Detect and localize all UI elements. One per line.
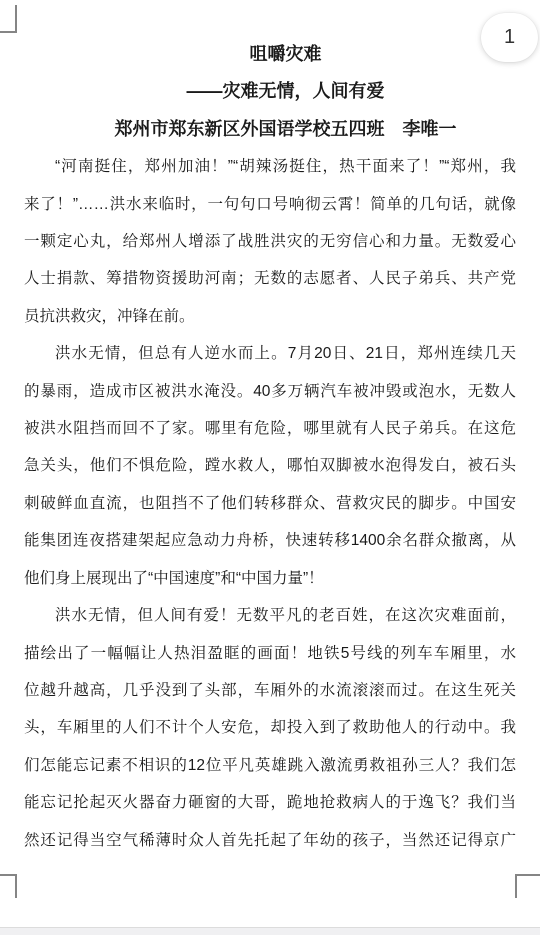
doc-line: 一颗定心丸，给郑州人增添了战胜洪灾的无穷信心和力量。无数爱心 [24,223,516,260]
doc-line: 的暴雨，造成市区被洪水淹没。40多万辆汽车被冲毁或泡水，无数人 [24,373,516,410]
doc-line: 刺破鲜血直流，也阻挡不了他们转移群众、营救灾民的脚步。中国安 [24,485,516,522]
doc-line: 洪水无情，但总有人逆水而上。7月20日、21日，郑州连续几天 [24,335,516,372]
crop-mark-bottom-right [515,874,540,898]
paragraph-2: 洪水无情，但总有人逆水而上。7月20日、21日，郑州连续几天 的暴雨，造成市区被… [24,335,516,597]
doc-line: 被洪水阻挡而回不了家。哪里有危险，哪里就有人民子弟兵。在这危 [24,410,516,447]
paragraph-3: 洪水无情，但人间有爱！无数平凡的老百姓，在这次灾难面前， 描绘出了一幅幅让人热泪… [24,597,516,859]
doc-line: 人士捐款、筹措物资援助河南；无数的志愿者、人民子弟兵、共产党 [24,260,516,297]
doc-line: 洪水无情，但人间有爱！无数平凡的老百姓，在这次灾难面前， [24,597,516,634]
doc-line: 然还记得当空气稀薄时众人首先托起了年幼的孩子，当然还记得京广 [24,822,516,859]
paragraph-1: “河南挺住，郑州加油！”“胡辣汤挺住，热干面来了！”“郑州，我 来了！”……洪水… [24,148,516,335]
doc-line: “河南挺住，郑州加油！”“胡辣汤挺住，热干面来了！”“郑州，我 [24,148,516,185]
doc-line: 员抗洪救灾，冲锋在前。 [24,298,516,335]
doc-line: 能忘记抡起灭火器奋力砸窗的大哥，跪地抢救病人的于逸飞？我们当 [24,784,516,821]
document-content: 咀嚼灾难 ——灾难无情，人间有爱 郑州市郑东新区外国语学校五四班 李唯一 “河南… [24,36,516,859]
crop-mark-bottom-left [0,874,17,898]
page-gap-band [0,927,540,935]
doc-line: 来了！”……洪水来临时，一句句口号响彻云霄！简单的几句话，就像 [24,186,516,223]
doc-subtitle: ——灾难无情，人间有爱 [24,73,516,110]
doc-line: 描绘出了一幅幅让人热泪盈眶的画面！地铁5号线的列车车厢里，水 [24,635,516,672]
doc-title: 咀嚼灾难 [24,36,516,73]
doc-line: 头，车厢里的人们不计个人安危，却投入到了救助他人的行动中。我 [24,709,516,746]
crop-mark-top-left [0,5,17,33]
doc-line: 他们身上展现出了“中国速度”和“中国力量”！ [24,560,516,597]
doc-line: 位越升越高，几乎没到了头部，车厢外的水流滚滚而过。在这生死关 [24,672,516,709]
doc-line: 急关头，他们不惧危险，蹚水救人，哪怕双脚被水泡得发白，被石头 [24,447,516,484]
document-page: 1 咀嚼灾难 ——灾难无情，人间有爱 郑州市郑东新区外国语学校五四班 李唯一 “… [0,0,540,935]
doc-line: 们怎能忘记素不相识的12位平凡英雄跳入激流勇救祖孙三人？我们怎 [24,747,516,784]
doc-byline: 郑州市郑东新区外国语学校五四班 李唯一 [24,111,516,148]
doc-line: 能集团连夜搭建架起应急动力舟桥，快速转移1400余名群众撤离，从 [24,522,516,559]
